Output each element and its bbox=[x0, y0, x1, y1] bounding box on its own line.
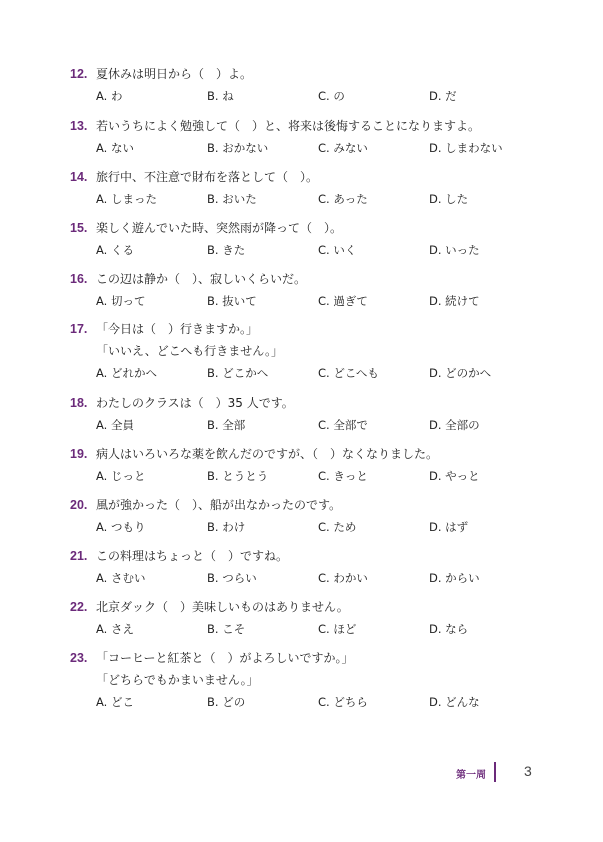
answer-option: D. いった bbox=[429, 242, 480, 258]
answer-options: A. どれかへB. どこかへC. どこへもD. どのかへ bbox=[70, 365, 530, 381]
question-item: 21.この料理はちょっと（ ）ですね。A. さむいB. つらいC. わかいD. … bbox=[70, 548, 530, 586]
answer-options: A. どこB. どのC. どちらD. どんな bbox=[70, 694, 530, 710]
answer-option: B. どこかへ bbox=[207, 365, 268, 381]
answer-option: A. 切って bbox=[96, 293, 145, 309]
question-text-line2: 「どちらでもかまいません。」 bbox=[70, 672, 530, 688]
question-text-line2: 「いいえ、どこへも行きません。」 bbox=[70, 343, 530, 359]
question-number: 20. bbox=[70, 497, 96, 513]
question-line: 18.わたしのクラスは（ ）35 人です。 bbox=[70, 395, 530, 411]
footer-section-label: 第一周 bbox=[456, 766, 486, 781]
question-number: 22. bbox=[70, 599, 96, 615]
question-line: 21.この料理はちょっと（ ）ですね。 bbox=[70, 548, 530, 564]
question-text: 夏休みは明日から（ ）よ。 bbox=[96, 67, 252, 81]
answer-option: A. くる bbox=[96, 242, 134, 258]
answer-option: B. つらい bbox=[207, 570, 257, 586]
answer-option: D. なら bbox=[429, 621, 468, 637]
answer-option: A. じっと bbox=[96, 468, 145, 484]
answer-option: D. やっと bbox=[429, 468, 480, 484]
answer-options: A. ないB. おかないC. みないD. しまわない bbox=[70, 140, 530, 156]
answer-options: A. わB. ねC. のD. だ bbox=[70, 88, 530, 104]
question-item: 23.「コーヒーと紅茶と（ ）がよろしいですか。」「どちらでもかまいません。」A… bbox=[70, 650, 530, 710]
answer-options: A. つもりB. わけC. ためD. はず bbox=[70, 519, 530, 535]
answer-option: C. わかい bbox=[318, 570, 368, 586]
question-item: 17.「今日は（ ）行きますか。」「いいえ、どこへも行きません。」A. どれかへ… bbox=[70, 321, 530, 381]
answer-option: B. どの bbox=[207, 694, 245, 710]
answer-option: A. ない bbox=[96, 140, 134, 156]
answer-option: C. 過ぎて bbox=[318, 293, 368, 309]
question-line: 19.病人はいろいろな薬を飲んだのですが、（ ）なくなりました。 bbox=[70, 446, 530, 462]
answer-option: A. さむい bbox=[96, 570, 145, 586]
answer-option: B. おかない bbox=[207, 140, 268, 156]
answer-options: A. 全員B. 全部C. 全部でD. 全部の bbox=[70, 417, 530, 433]
question-line: 17.「今日は（ ）行きますか。」 bbox=[70, 321, 530, 337]
answer-option: D. しまわない bbox=[429, 140, 503, 156]
answer-option: A. わ bbox=[96, 88, 122, 104]
question-text: 楽しく遊んでいた時、突然雨が降って（ ）。 bbox=[96, 221, 342, 235]
question-line: 12.夏休みは明日から（ ）よ。 bbox=[70, 66, 530, 82]
question-line: 22.北京ダック（ ）美味しいものはありません。 bbox=[70, 599, 530, 615]
answer-options: A. さえB. こそC. ほどD. なら bbox=[70, 621, 530, 637]
question-line: 13.若いうちによく勉強して（ ）と、将来は後悔することになりますよ。 bbox=[70, 118, 530, 134]
answer-option: D. した bbox=[429, 191, 468, 207]
answer-option: C. 全部で bbox=[318, 417, 368, 433]
answer-option: D. はず bbox=[429, 519, 468, 535]
answer-option: C. の bbox=[318, 88, 345, 104]
answer-options: A. しまったB. おいたC. あったD. した bbox=[70, 191, 530, 207]
answer-option: B. 全部 bbox=[207, 417, 245, 433]
question-text: 若いうちによく勉強して（ ）と、将来は後悔することになりますよ。 bbox=[96, 119, 480, 133]
answer-option: D. 全部の bbox=[429, 417, 480, 433]
question-text: わたしのクラスは（ ）35 人です。 bbox=[96, 396, 294, 410]
answer-options: A. くるB. きたC. いくD. いった bbox=[70, 242, 530, 258]
question-number: 18. bbox=[70, 395, 96, 411]
question-item: 15.楽しく遊んでいた時、突然雨が降って（ ）。A. くるB. きたC. いくD… bbox=[70, 220, 530, 258]
answer-option: C. あった bbox=[318, 191, 368, 207]
question-line: 14.旅行中、不注意で財布を落として（ ）。 bbox=[70, 169, 530, 185]
answer-option: B. 抜いて bbox=[207, 293, 257, 309]
answer-option: B. ね bbox=[207, 88, 234, 104]
answer-option: A. 全員 bbox=[96, 417, 134, 433]
question-line: 15.楽しく遊んでいた時、突然雨が降って（ ）。 bbox=[70, 220, 530, 236]
answer-option: A. しまった bbox=[96, 191, 157, 207]
answer-option: D. どんな bbox=[429, 694, 480, 710]
answer-option: C. どこへも bbox=[318, 365, 379, 381]
question-number: 13. bbox=[70, 118, 96, 134]
answer-option: D. だ bbox=[429, 88, 457, 104]
question-number: 19. bbox=[70, 446, 96, 462]
answer-option: A. つもり bbox=[96, 519, 145, 535]
question-item: 14.旅行中、不注意で財布を落として（ ）。A. しまったB. おいたC. あっ… bbox=[70, 169, 530, 207]
question-line: 23.「コーヒーと紅茶と（ ）がよろしいですか。」 bbox=[70, 650, 530, 666]
question-text: 風が強かった（ ）、船が出なかったのです。 bbox=[96, 498, 341, 512]
answer-option: B. こそ bbox=[207, 621, 245, 637]
question-line: 20.風が強かった（ ）、船が出なかったのです。 bbox=[70, 497, 530, 513]
question-number: 23. bbox=[70, 650, 96, 666]
question-item: 12.夏休みは明日から（ ）よ。A. わB. ねC. のD. だ bbox=[70, 66, 530, 104]
question-number: 14. bbox=[70, 169, 96, 185]
question-item: 19.病人はいろいろな薬を飲んだのですが、（ ）なくなりました。A. じっとB.… bbox=[70, 446, 530, 484]
answer-option: C. どちら bbox=[318, 694, 368, 710]
answer-option: C. いく bbox=[318, 242, 356, 258]
answer-option: B. わけ bbox=[207, 519, 245, 535]
question-text: 病人はいろいろな薬を飲んだのですが、（ ）なくなりました。 bbox=[96, 447, 438, 461]
question-number: 21. bbox=[70, 548, 96, 564]
answer-options: A. じっとB. とうとうC. きっとD. やっと bbox=[70, 468, 530, 484]
question-number: 12. bbox=[70, 66, 96, 82]
answer-option: C. ため bbox=[318, 519, 356, 535]
answer-option: B. おいた bbox=[207, 191, 257, 207]
question-line: 16.この辺は静か（ ）、寂しいくらいだ。 bbox=[70, 271, 530, 287]
question-number: 17. bbox=[70, 321, 96, 337]
question-item: 22.北京ダック（ ）美味しいものはありません。A. さえB. こそC. ほどD… bbox=[70, 599, 530, 637]
answer-option: A. どこ bbox=[96, 694, 134, 710]
question-text: 「今日は（ ）行きますか。」 bbox=[96, 322, 258, 336]
answer-option: B. とうとう bbox=[207, 468, 268, 484]
answer-options: A. 切ってB. 抜いてC. 過ぎてD. 続けて bbox=[70, 293, 530, 309]
page-number: 3 bbox=[524, 763, 532, 779]
answer-option: D. 続けて bbox=[429, 293, 480, 309]
question-item: 13.若いうちによく勉強して（ ）と、将来は後悔することになりますよ。A. ない… bbox=[70, 118, 530, 156]
answer-option: C. みない bbox=[318, 140, 368, 156]
question-text: この辺は静か（ ）、寂しいくらいだ。 bbox=[96, 272, 306, 286]
question-text: 「コーヒーと紅茶と（ ）がよろしいですか。」 bbox=[96, 651, 354, 665]
answer-options: A. さむいB. つらいC. わかいD. からい bbox=[70, 570, 530, 586]
answer-option: B. きた bbox=[207, 242, 245, 258]
question-text: 旅行中、不注意で財布を落として（ ）。 bbox=[96, 170, 318, 184]
question-item: 20.風が強かった（ ）、船が出なかったのです。A. つもりB. わけC. ため… bbox=[70, 497, 530, 535]
question-text: 北京ダック（ ）美味しいものはありません。 bbox=[96, 600, 349, 614]
question-text: この料理はちょっと（ ）ですね。 bbox=[96, 549, 288, 563]
answer-option: A. さえ bbox=[96, 621, 134, 637]
footer-divider bbox=[494, 762, 496, 782]
question-item: 18.わたしのクラスは（ ）35 人です。A. 全員B. 全部C. 全部でD. … bbox=[70, 395, 530, 433]
question-number: 15. bbox=[70, 220, 96, 236]
answer-option: C. ほど bbox=[318, 621, 356, 637]
answer-option: C. きっと bbox=[318, 468, 368, 484]
answer-option: D. どのかへ bbox=[429, 365, 491, 381]
question-number: 16. bbox=[70, 271, 96, 287]
answer-option: D. からい bbox=[429, 570, 480, 586]
question-item: 16.この辺は静か（ ）、寂しいくらいだ。A. 切ってB. 抜いてC. 過ぎてD… bbox=[70, 271, 530, 309]
answer-option: A. どれかへ bbox=[96, 365, 157, 381]
